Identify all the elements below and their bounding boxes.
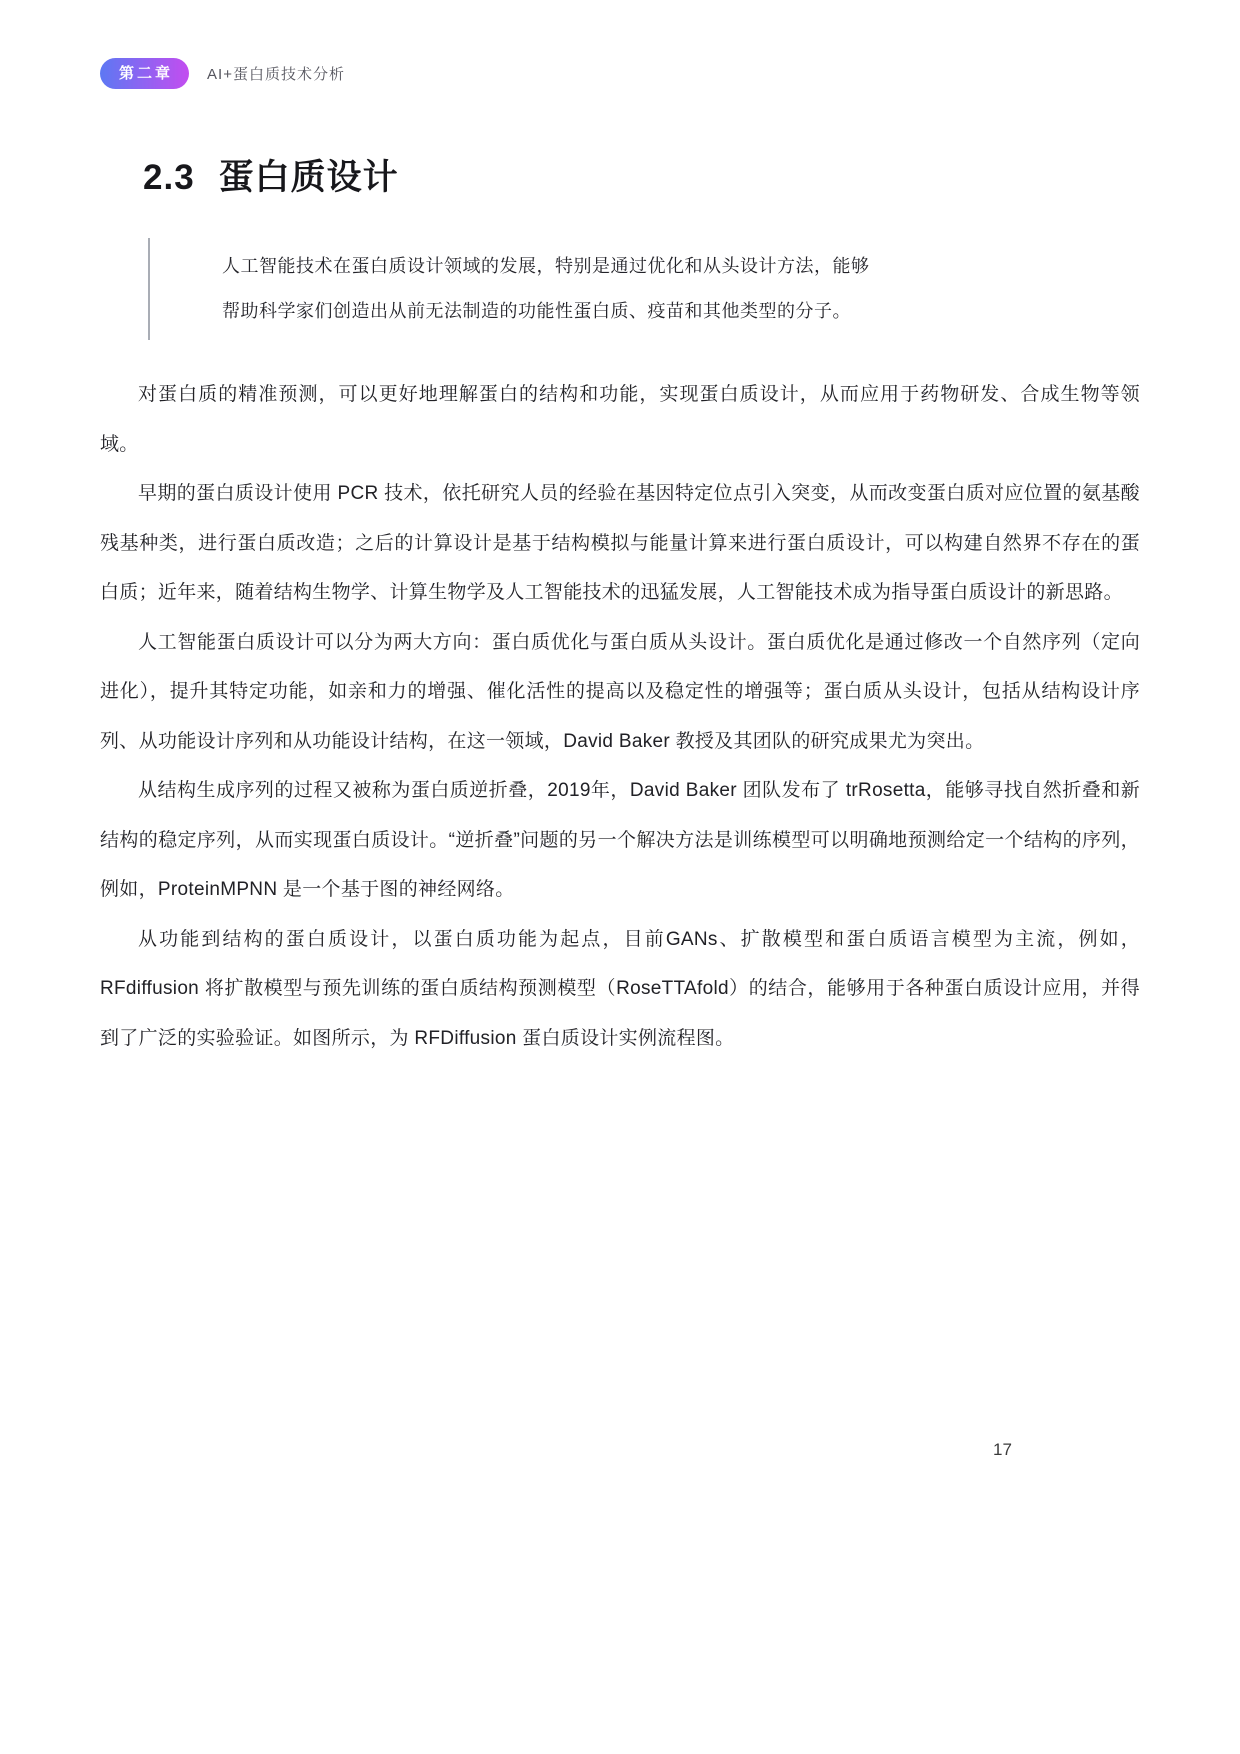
paragraph-5: 从功能到结构的蛋白质设计，以蛋白质功能为起点，目前GANs、扩散模型和蛋白质语言… (100, 915, 1140, 1064)
page-number: 17 (993, 1440, 1012, 1460)
document-page: 第二章 AI+蛋白质技术分析 2.3 蛋白质设计 人工智能技术在蛋白质设计领域的… (0, 0, 1240, 1754)
chapter-title: AI+蛋白质技术分析 (207, 63, 345, 84)
quote-line-1: 人工智能技术在蛋白质设计领域的发展，特别是通过优化和从头设计方法，能够 (222, 244, 938, 289)
paragraph-4: 从结构生成序列的过程又被称为蛋白质逆折叠，2019年，David Baker 团… (100, 766, 1140, 915)
body-content: 对蛋白质的精准预测，可以更好地理解蛋白的结构和功能，实现蛋白质设计，从而应用于药… (100, 370, 1140, 1063)
paragraph-3: 人工智能蛋白质设计可以分为两大方向：蛋白质优化与蛋白质从头设计。蛋白质优化是通过… (100, 618, 1140, 767)
page-header: 第二章 AI+蛋白质技术分析 (100, 58, 345, 89)
section-title: 蛋白质设计 (219, 150, 399, 200)
intro-quote: 人工智能技术在蛋白质设计领域的发展，特别是通过优化和从头设计方法，能够 帮助科学… (148, 238, 938, 340)
section-heading: 2.3 蛋白质设计 (143, 150, 399, 200)
section-number: 2.3 (143, 158, 195, 198)
quote-line-2: 帮助科学家们创造出从前无法制造的功能性蛋白质、疫苗和其他类型的分子。 (222, 289, 938, 334)
chapter-badge: 第二章 (100, 58, 189, 89)
paragraph-1: 对蛋白质的精准预测，可以更好地理解蛋白的结构和功能，实现蛋白质设计，从而应用于药… (100, 370, 1140, 469)
paragraph-2: 早期的蛋白质设计使用 PCR 技术，依托研究人员的经验在基因特定位点引入突变，从… (100, 469, 1140, 618)
